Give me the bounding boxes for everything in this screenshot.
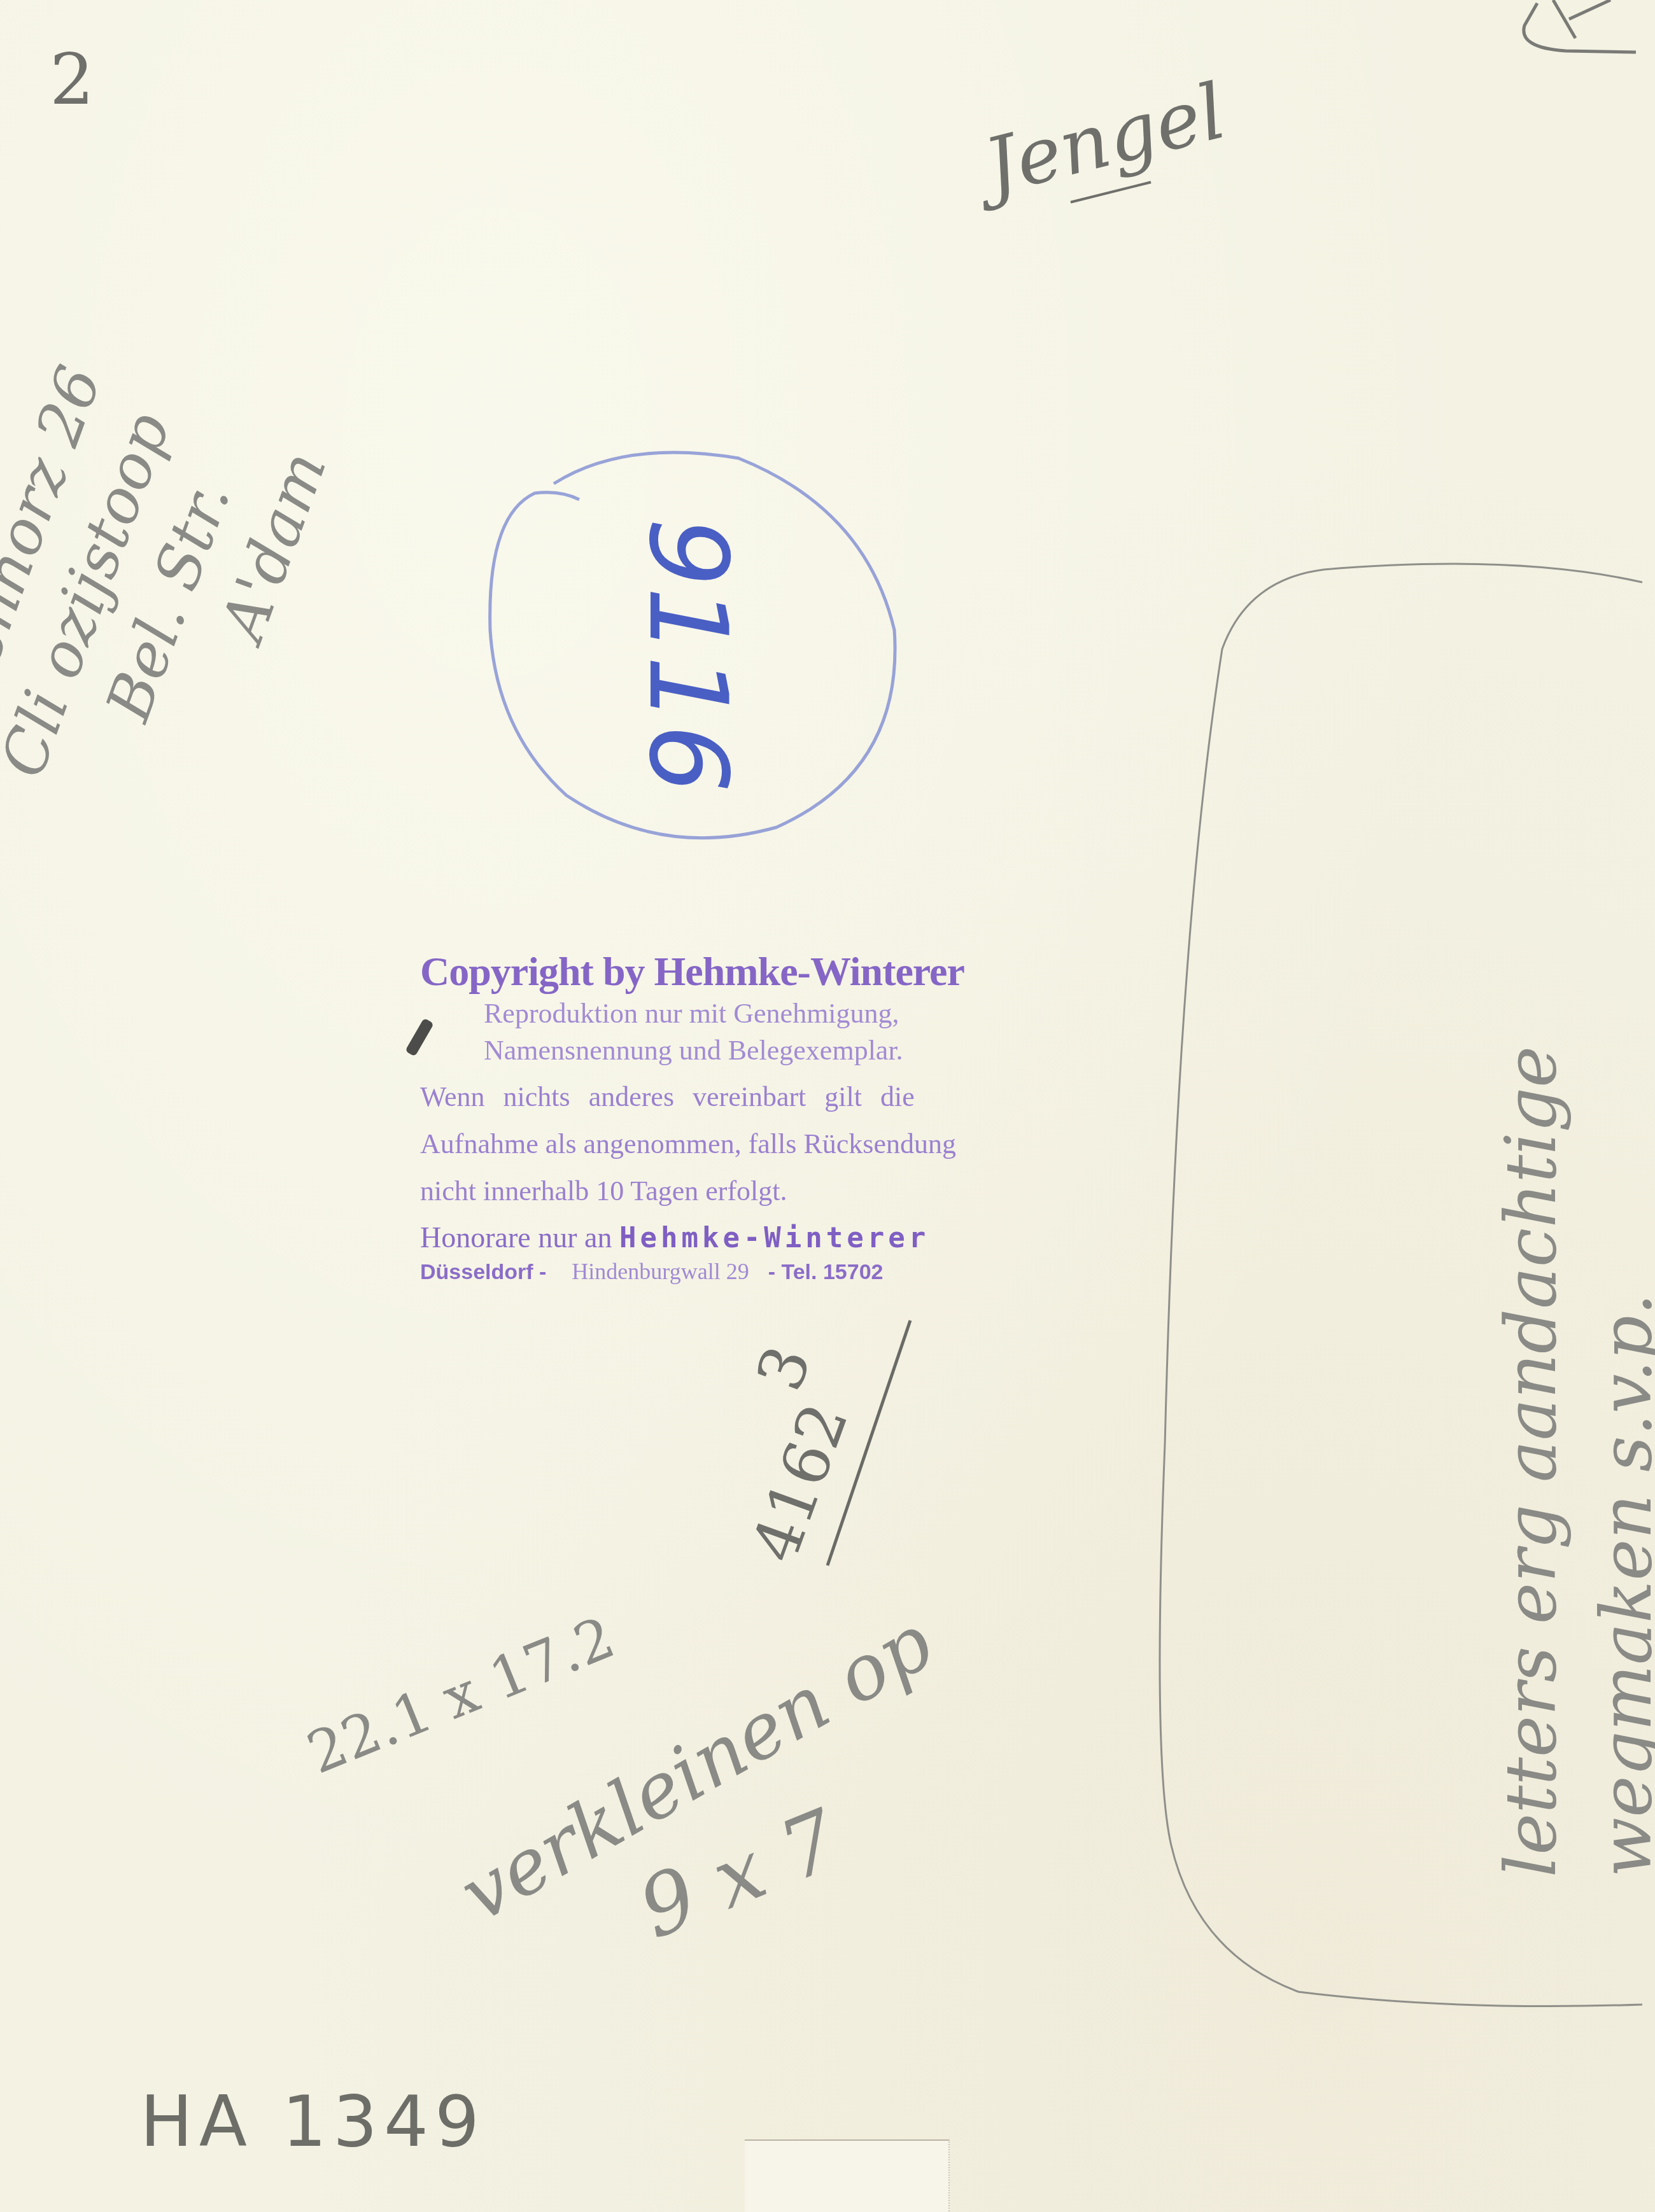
stamp-street: Hindenburgwall 29: [572, 1259, 749, 1284]
dimensions-note: 22.1 x 17.2: [300, 1609, 622, 1783]
archive-id: HA 1349: [140, 2081, 486, 2162]
corner-mark-icon: [1489, 0, 1642, 57]
blue-circle-number: 9116: [624, 518, 750, 794]
stamp-honor-line: Honorare nur an Hehmke-Winterer: [420, 1221, 1133, 1254]
stamp-honor-name: Hehmke-Winterer: [619, 1222, 929, 1254]
stamp-body-line-2: Aufnahme als angenommen, falls Rücksendu…: [420, 1125, 1133, 1163]
stamp-body-line-3: nicht innerhalb 10 Tagen erfolgt.: [420, 1172, 1133, 1210]
stamp-city: Düsseldorf -: [420, 1260, 546, 1284]
corner-number: 2: [50, 45, 94, 115]
stamp-address-line: Düsseldorf -Hindenburgwall 29- Tel. 1570…: [420, 1258, 1133, 1285]
right-line-2: wegmaken s.v.p.: [1591, 795, 1655, 1877]
right-line-1: letters erg aandachtige: [1496, 795, 1566, 1877]
stamp-sub-line-2: Namensnennung und Belegexemplar.: [484, 1032, 1133, 1069]
stamp-tel: - Tel. 15702: [768, 1260, 884, 1284]
right-instruction-annotation: letters erg aandachtige wegmaken s.v.p.: [1496, 795, 1655, 1877]
top-handwritten-word: Jengel: [978, 73, 1232, 206]
left-address-annotation: Löwenhorz 26 Cli ozijstoop Bel. Str. A'd…: [0, 234, 518, 924]
center-number-suffix: 3: [747, 1338, 821, 1398]
blue-circle-number-wrap: 9116: [528, 573, 847, 738]
copyright-stamp: Copyright by Hehmke-Winterer Reproduktio…: [420, 948, 1133, 1285]
paper-label-remnant: [745, 2139, 950, 2212]
stamp-honor-prefix: Honorare nur an: [420, 1221, 619, 1254]
slash-mark-icon: [821, 1317, 917, 1572]
stamp-title: Copyright by Hehmke-Winterer: [420, 948, 1133, 995]
stamp-sub-line-1: Reproduktion nur mit Genehmigung,: [484, 995, 1133, 1032]
stamp-body-line-1: Wenn nichts anderes vereinbart gilt die: [420, 1078, 1133, 1116]
